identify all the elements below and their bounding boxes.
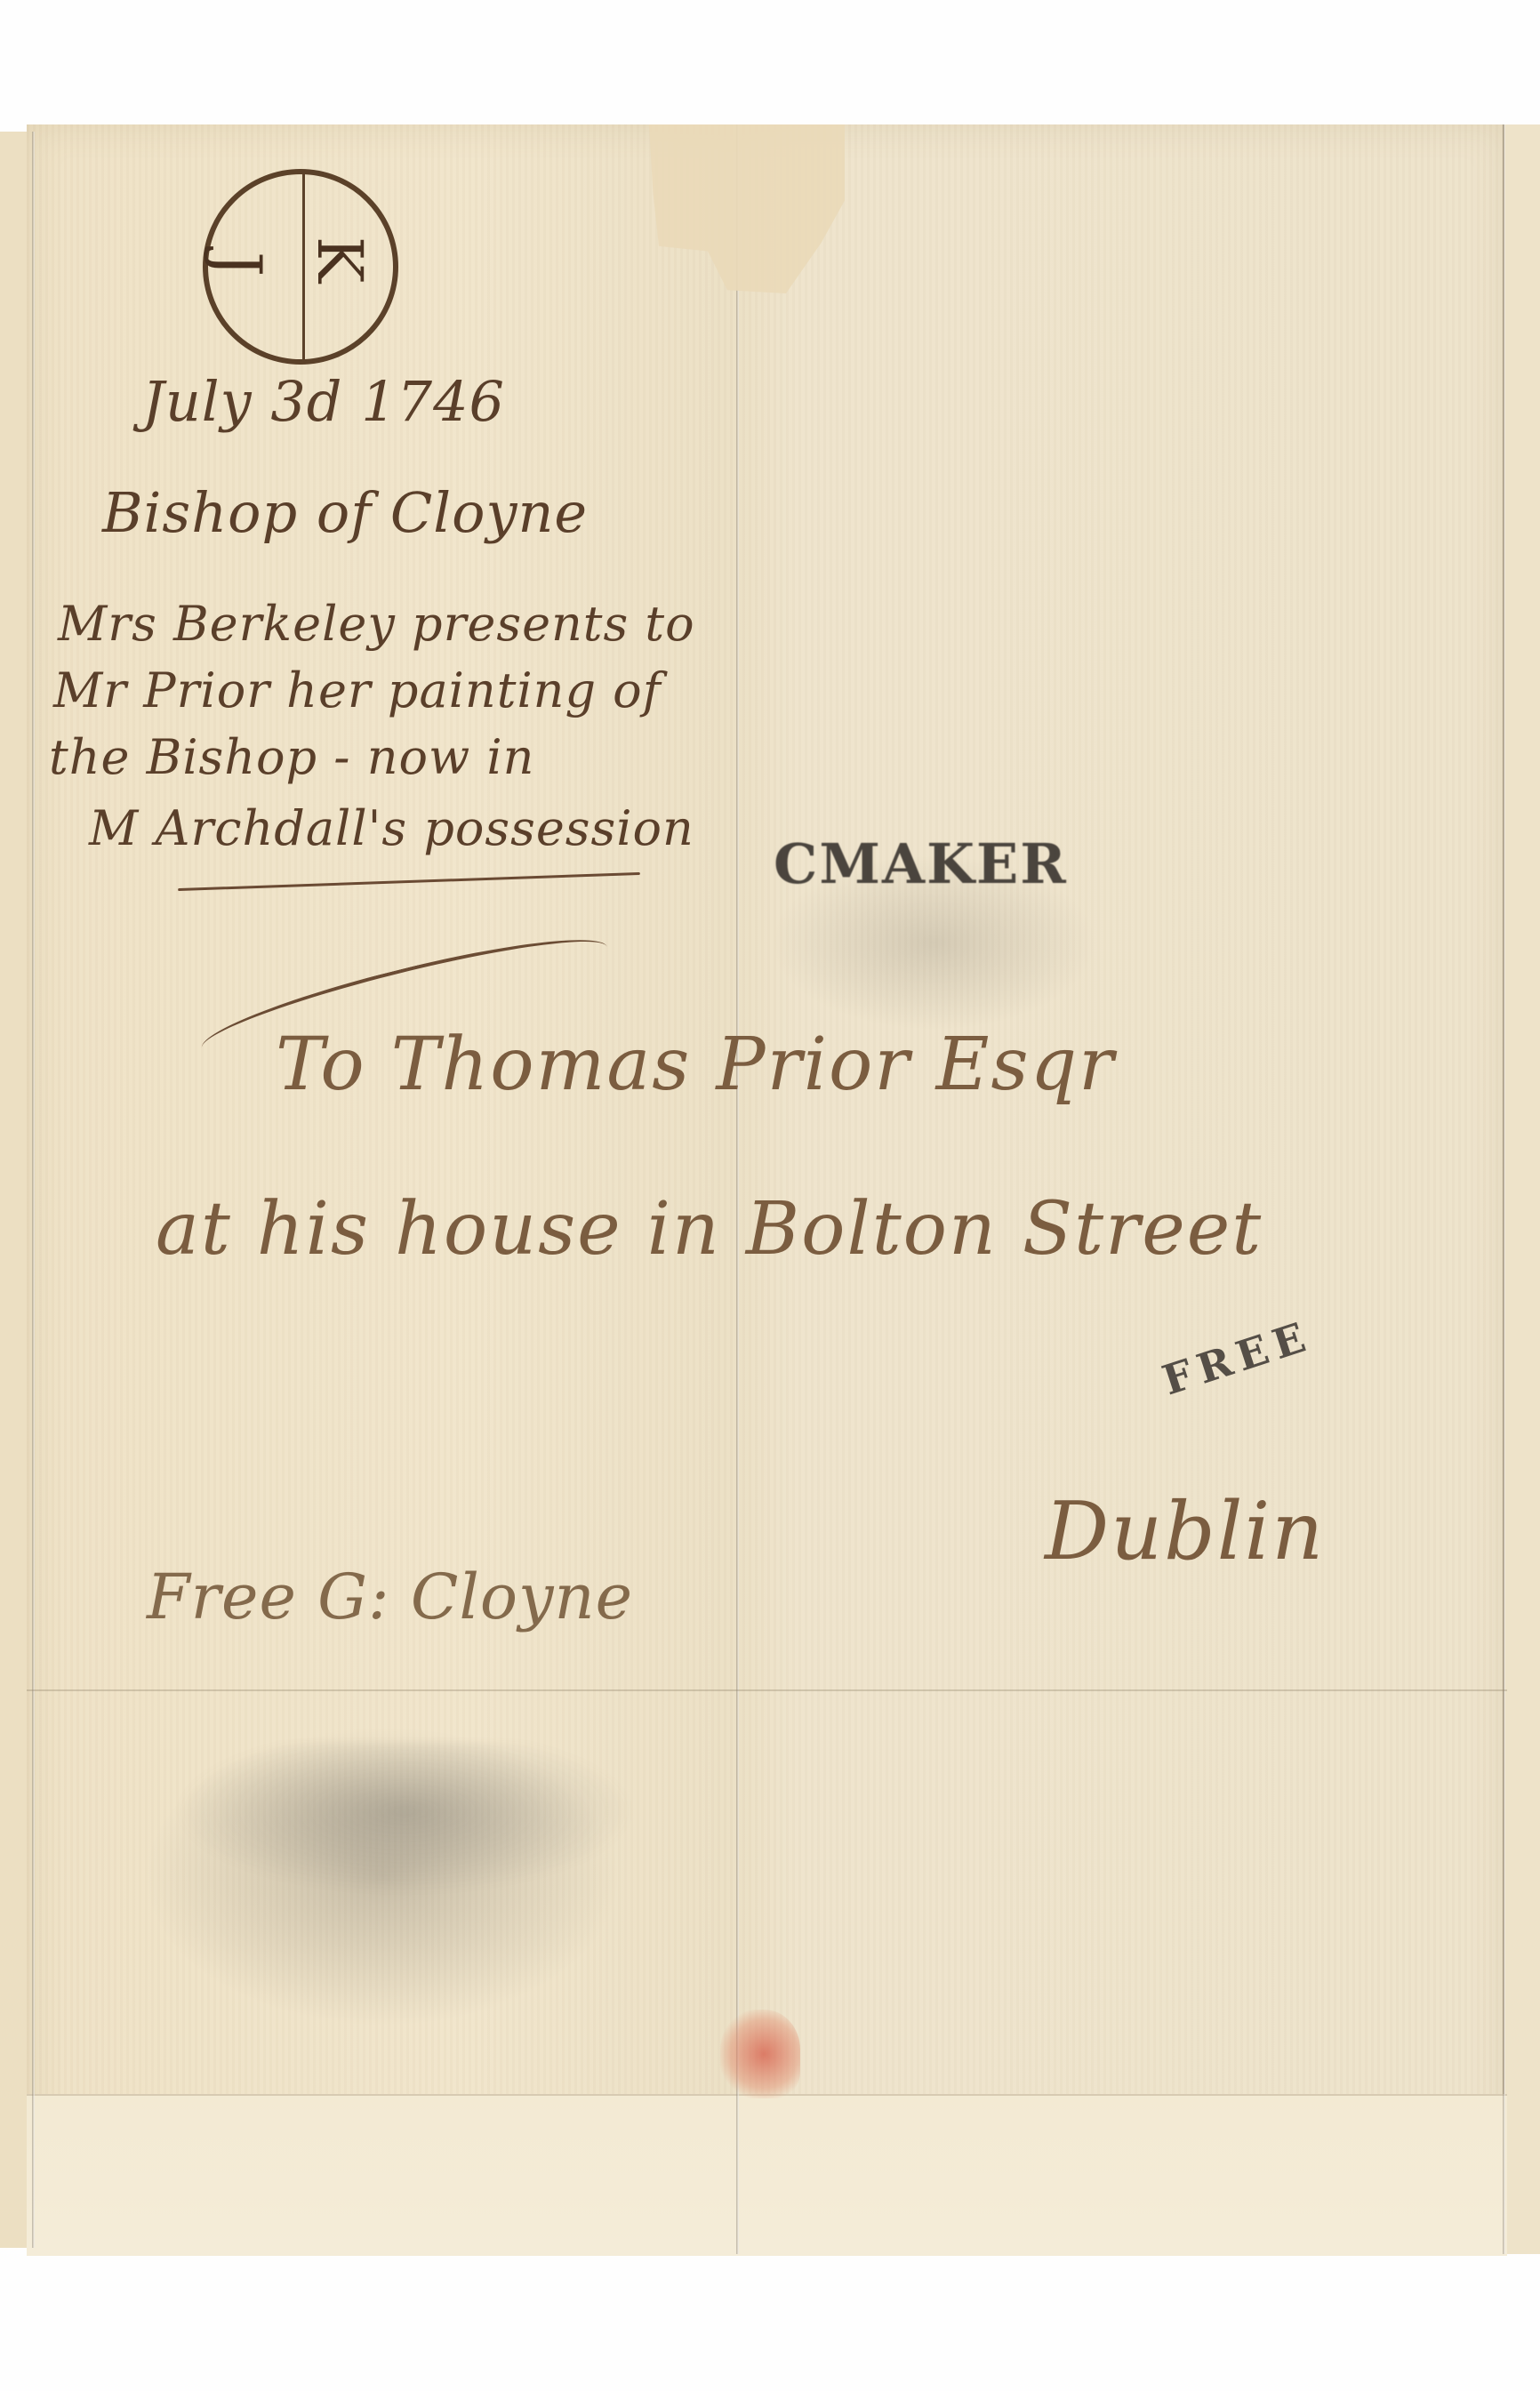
docket-line-6: M Archdall's possession [89,800,694,856]
horizontal-fold-line [27,1689,1507,1691]
address-line-1: To Thomas Prior Esqr [276,1023,1115,1107]
docket-bishop: Bishop of Cloyne [102,480,588,545]
wax-seal-remnant [720,2010,800,2098]
docket-line-5: the Bishop - now in [49,729,534,785]
circular-postmark: J K [203,169,398,365]
docket-line-3: Mrs Berkeley presents to [58,596,695,652]
lower-paper-band [27,2094,1507,2256]
franking-signature: Free G: Cloyne [147,1561,633,1633]
address-line-2: at his house in Bolton Street [156,1187,1263,1272]
address-city: Dublin [1045,1485,1325,1578]
docket-date: July 3d 1746 [142,369,505,434]
right-fold-line [1503,124,1505,2254]
right-flap [1503,124,1540,2254]
postmark-left-mark: J [202,252,275,277]
docket-line-4: Mr Prior her painting of [53,662,662,718]
town-handstamp: CMAKER [774,831,1068,896]
offset-stamp-smudge [173,1743,636,1894]
scan-background: J K July 3d 1746 Bishop of Cloyne Mrs Be… [0,0,1540,2391]
left-fold-line [32,132,35,2248]
postmark-right-mark: K [303,237,376,283]
